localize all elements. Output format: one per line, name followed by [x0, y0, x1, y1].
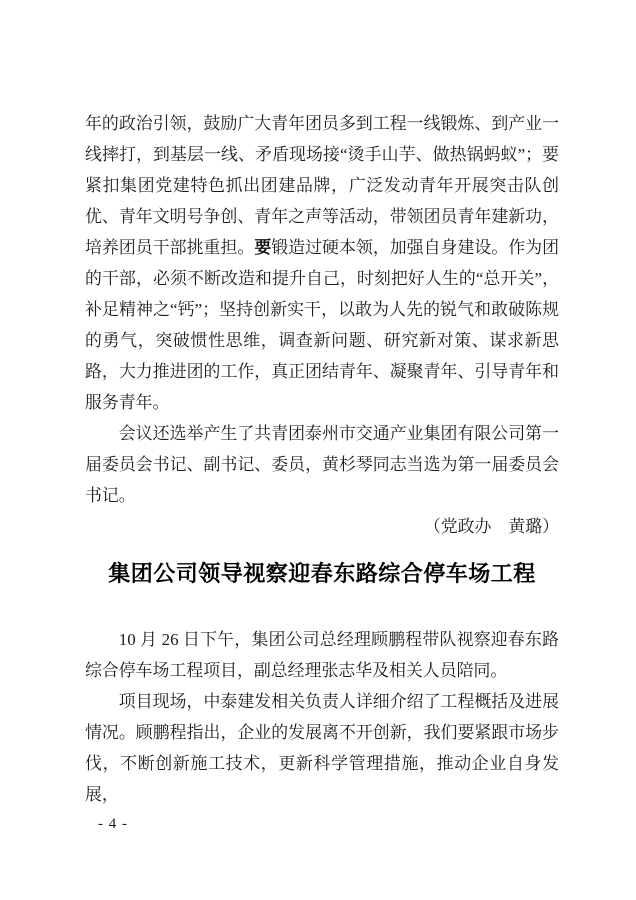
bold-lead-character: 要	[254, 238, 271, 257]
document-page: 年的政治引领，鼓励广大青年团员多到工程一线锻炼、到产业一线摔打，到基层一线、矛盾…	[0, 0, 636, 900]
byline-author: （党政办 黄璐）	[85, 511, 559, 542]
paragraph-text-before-bold: 年的政治引领，鼓励广大青年团员多到工程一线锻炼、到产业一线摔打，到基层一线、矛盾…	[85, 114, 559, 257]
page-content: 年的政治引领，鼓励广大青年团员多到工程一线锻炼、到产业一线摔打，到基层一线、矛盾…	[85, 108, 559, 810]
paragraph-inspection-visit: 10 月 26 日下午，集团公司总经理顾鹏程带队视察迎春东路综合停车场工程项目，…	[85, 624, 559, 686]
paragraph-election-result: 会议还选举产生了共青团泰州市交通产业集团有限公司第一届委员会书记、副书记、委员，…	[85, 418, 559, 511]
paragraph-site-briefing: 项目现场，中泰建发相关负责人详细介绍了工程概括及进展情况。顾鹏程指出，企业的发展…	[85, 686, 559, 810]
article-title: 集团公司领导视察迎春东路综合停车场工程	[85, 558, 559, 589]
paragraph-youth-league-continuation: 年的政治引领，鼓励广大青年团员多到工程一线锻炼、到产业一线摔打，到基层一线、矛盾…	[85, 108, 559, 418]
paragraph-text-after-bold: 锻造过硬本领，加强自身建设。作为团的干部，必须不断改造和提升自己，时刻把好人生的…	[85, 238, 559, 412]
page-number: - 4 -	[98, 814, 128, 834]
